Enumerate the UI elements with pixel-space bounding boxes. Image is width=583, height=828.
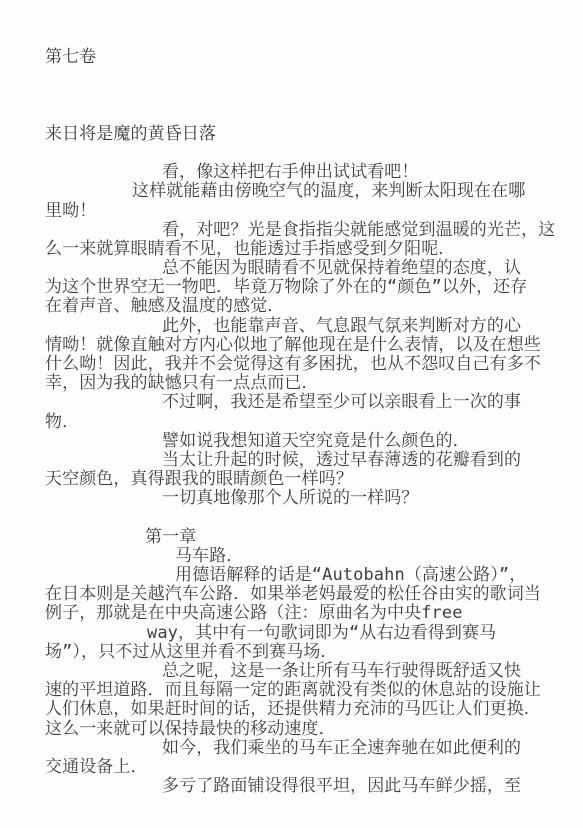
- blank-line: [45, 144, 583, 163]
- text-line: 不过啊，我还是希望至少可以亲眼看上一次的事: [45, 393, 583, 412]
- novel-text-page: 第七卷来日将是魔的黄昏日落看，像这样把右手伸出试试看吧！这样就能藉由傍晚空气的温…: [0, 0, 583, 828]
- blank-line: [45, 106, 583, 125]
- text-line: 人们休息，如果赶时间的话，还提供精力充沛的马匹让人们更换．: [45, 700, 583, 719]
- text-line: 用德语解释的话是“Autobahn（高速公路）”，: [45, 566, 583, 585]
- text-line: 如今，我们乘坐的马车正全速奔驰在如此便利的: [45, 739, 583, 758]
- text-line: 总之呢，这是一条让所有马车行驶得既舒适又快: [45, 662, 583, 681]
- text-line: 幸，因为我的缺憾只有一点点而已．: [45, 374, 583, 393]
- text-line: 当太让升起的时候，透过早春薄透的花瓣看到的: [45, 451, 583, 470]
- text-line: 此外，也能靠声音、气息跟气氛来判断对方的心: [45, 317, 583, 336]
- text-line: 什么呦！因此，我并不会觉得这有多困扰，也从不怨叹自己有多不: [45, 355, 583, 374]
- document-body: 第七卷来日将是魔的黄昏日落看，像这样把右手伸出试试看吧！这样就能藉由傍晚空气的温…: [45, 48, 583, 796]
- text-line: 情呦！就像直触对方内心似地了解他现在是什么表情，以及在想些: [45, 336, 583, 355]
- text-line: 这么一来就可以保持最快的移动速度．: [45, 720, 583, 739]
- text-line: 在着声音、触感及温度的感觉．: [45, 297, 583, 316]
- book-title: 来日将是魔的黄昏日落: [45, 125, 583, 144]
- text-line: 一切真地像那个人所说的一样吗？: [45, 489, 583, 508]
- text-line: 场”），只不过从这里并看不到赛马场．: [45, 643, 583, 662]
- text-line: 譬如说我想知道天空究竟是什么颜色的．: [45, 432, 583, 451]
- text-line: 为这个世界空无一物吧．毕竟万物除了外在的“颜色”以外，还存: [45, 278, 583, 297]
- text-line: 在日本则是关越汽车公路．如果举老妈最爱的松任谷由实的歌词当: [45, 585, 583, 604]
- blank-line: [45, 86, 583, 105]
- text-line: 天空颜色，真得跟我的眼睛颜色一样吗？: [45, 470, 583, 489]
- blank-line: [45, 67, 583, 86]
- text-line: 马车路．: [45, 547, 583, 566]
- text-line: way，其中有一句歌词即为“从右边看得到赛马: [45, 624, 583, 643]
- text-line: 速的平坦道路．而且每隔一定的距离就没有类似的休息站的设施让: [45, 681, 583, 700]
- chapter-heading: 第一章: [45, 528, 583, 547]
- text-line: 交通设备上．: [45, 758, 583, 777]
- text-line: 总不能因为眼睛看不见就保持着绝望的态度，认: [45, 259, 583, 278]
- text-line: 么一来就算眼睛看不见，也能透过手指感受到夕阳呢．: [45, 240, 583, 259]
- text-line: 物．: [45, 413, 583, 432]
- text-line: 里呦！: [45, 202, 583, 221]
- text-line: 多亏了路面铺设得很平坦，因此马车鲜少摇，至: [45, 777, 583, 796]
- blank-line: [45, 509, 583, 528]
- volume-heading: 第七卷: [45, 48, 583, 67]
- text-line: 这样就能藉由傍晚空气的温度，来判断太阳现在在哪: [45, 182, 583, 201]
- text-line: 看，像这样把右手伸出试试看吧！: [45, 163, 583, 182]
- text-line: 看，对吧？光是食指指尖就能感觉到温暖的光芒，这: [45, 221, 583, 240]
- text-line: 例子，那就是在中央高速公路（注：原曲名为中央free: [45, 604, 583, 623]
